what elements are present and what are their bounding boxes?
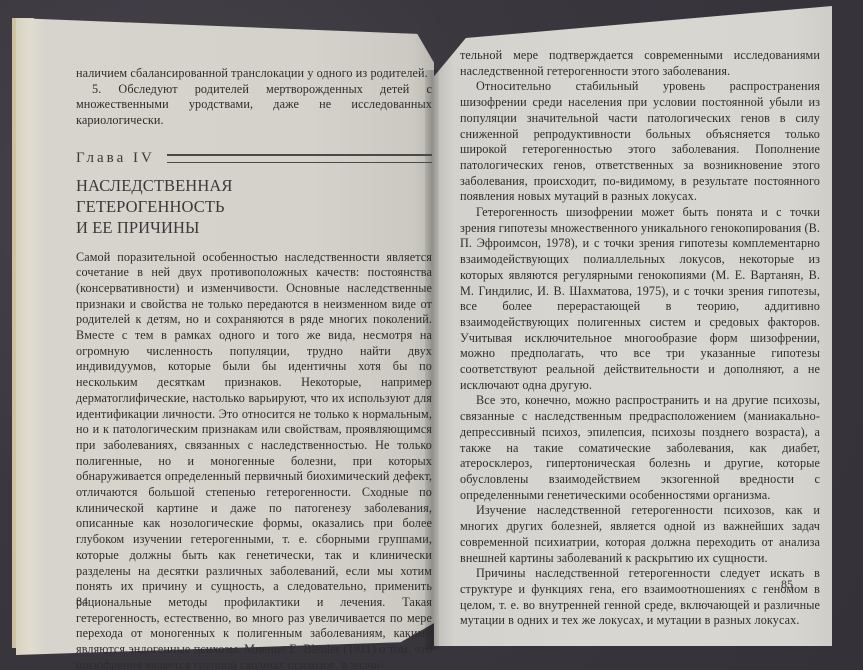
right-page-text: тельной мере подтверждается современными… bbox=[460, 48, 820, 629]
chapter-label: Глава IV bbox=[76, 151, 155, 167]
chapter-title-line: И ЕЕ ПРИЧИНЫ bbox=[76, 217, 432, 238]
chapter-title: НАСЛЕДСТВЕННАЯ ГЕТЕРОГЕННОСТЬ И ЕЕ ПРИЧИ… bbox=[76, 175, 432, 238]
page-number: 85 bbox=[781, 577, 793, 592]
chapter-title-line: НАСЛЕДСТВЕННАЯ bbox=[76, 175, 432, 196]
paragraph: 5. Обследуют родителей мертворожденных д… bbox=[76, 82, 432, 129]
paragraph: Самой поразительной особенностью наследс… bbox=[76, 250, 432, 670]
chapter-header: Глава IV bbox=[76, 151, 432, 167]
open-book: наличием сбалансированной транслокации у… bbox=[0, 0, 863, 670]
paragraph: наличием сбалансированной транслокации у… bbox=[76, 66, 432, 82]
paragraph: Все это, конечно, можно распространить и… bbox=[460, 393, 820, 503]
paragraph: Относительно стабильный уровень распрост… bbox=[460, 79, 820, 205]
paragraph: тельной мере подтверждается современными… bbox=[460, 48, 820, 79]
chapter-title-line: ГЕТЕРОГЕННОСТЬ bbox=[76, 196, 432, 217]
chapter-double-rule bbox=[167, 154, 432, 163]
left-page-text: наличием сбалансированной транслокации у… bbox=[76, 66, 432, 670]
paragraph: Изучение наследственной гетерогенности п… bbox=[460, 503, 820, 566]
page-number: 84 bbox=[76, 594, 88, 609]
paragraph: Гетерогенность шизофрении может быть пон… bbox=[460, 205, 820, 393]
paragraph: Причины наследственной гетерогенности сл… bbox=[460, 566, 820, 629]
